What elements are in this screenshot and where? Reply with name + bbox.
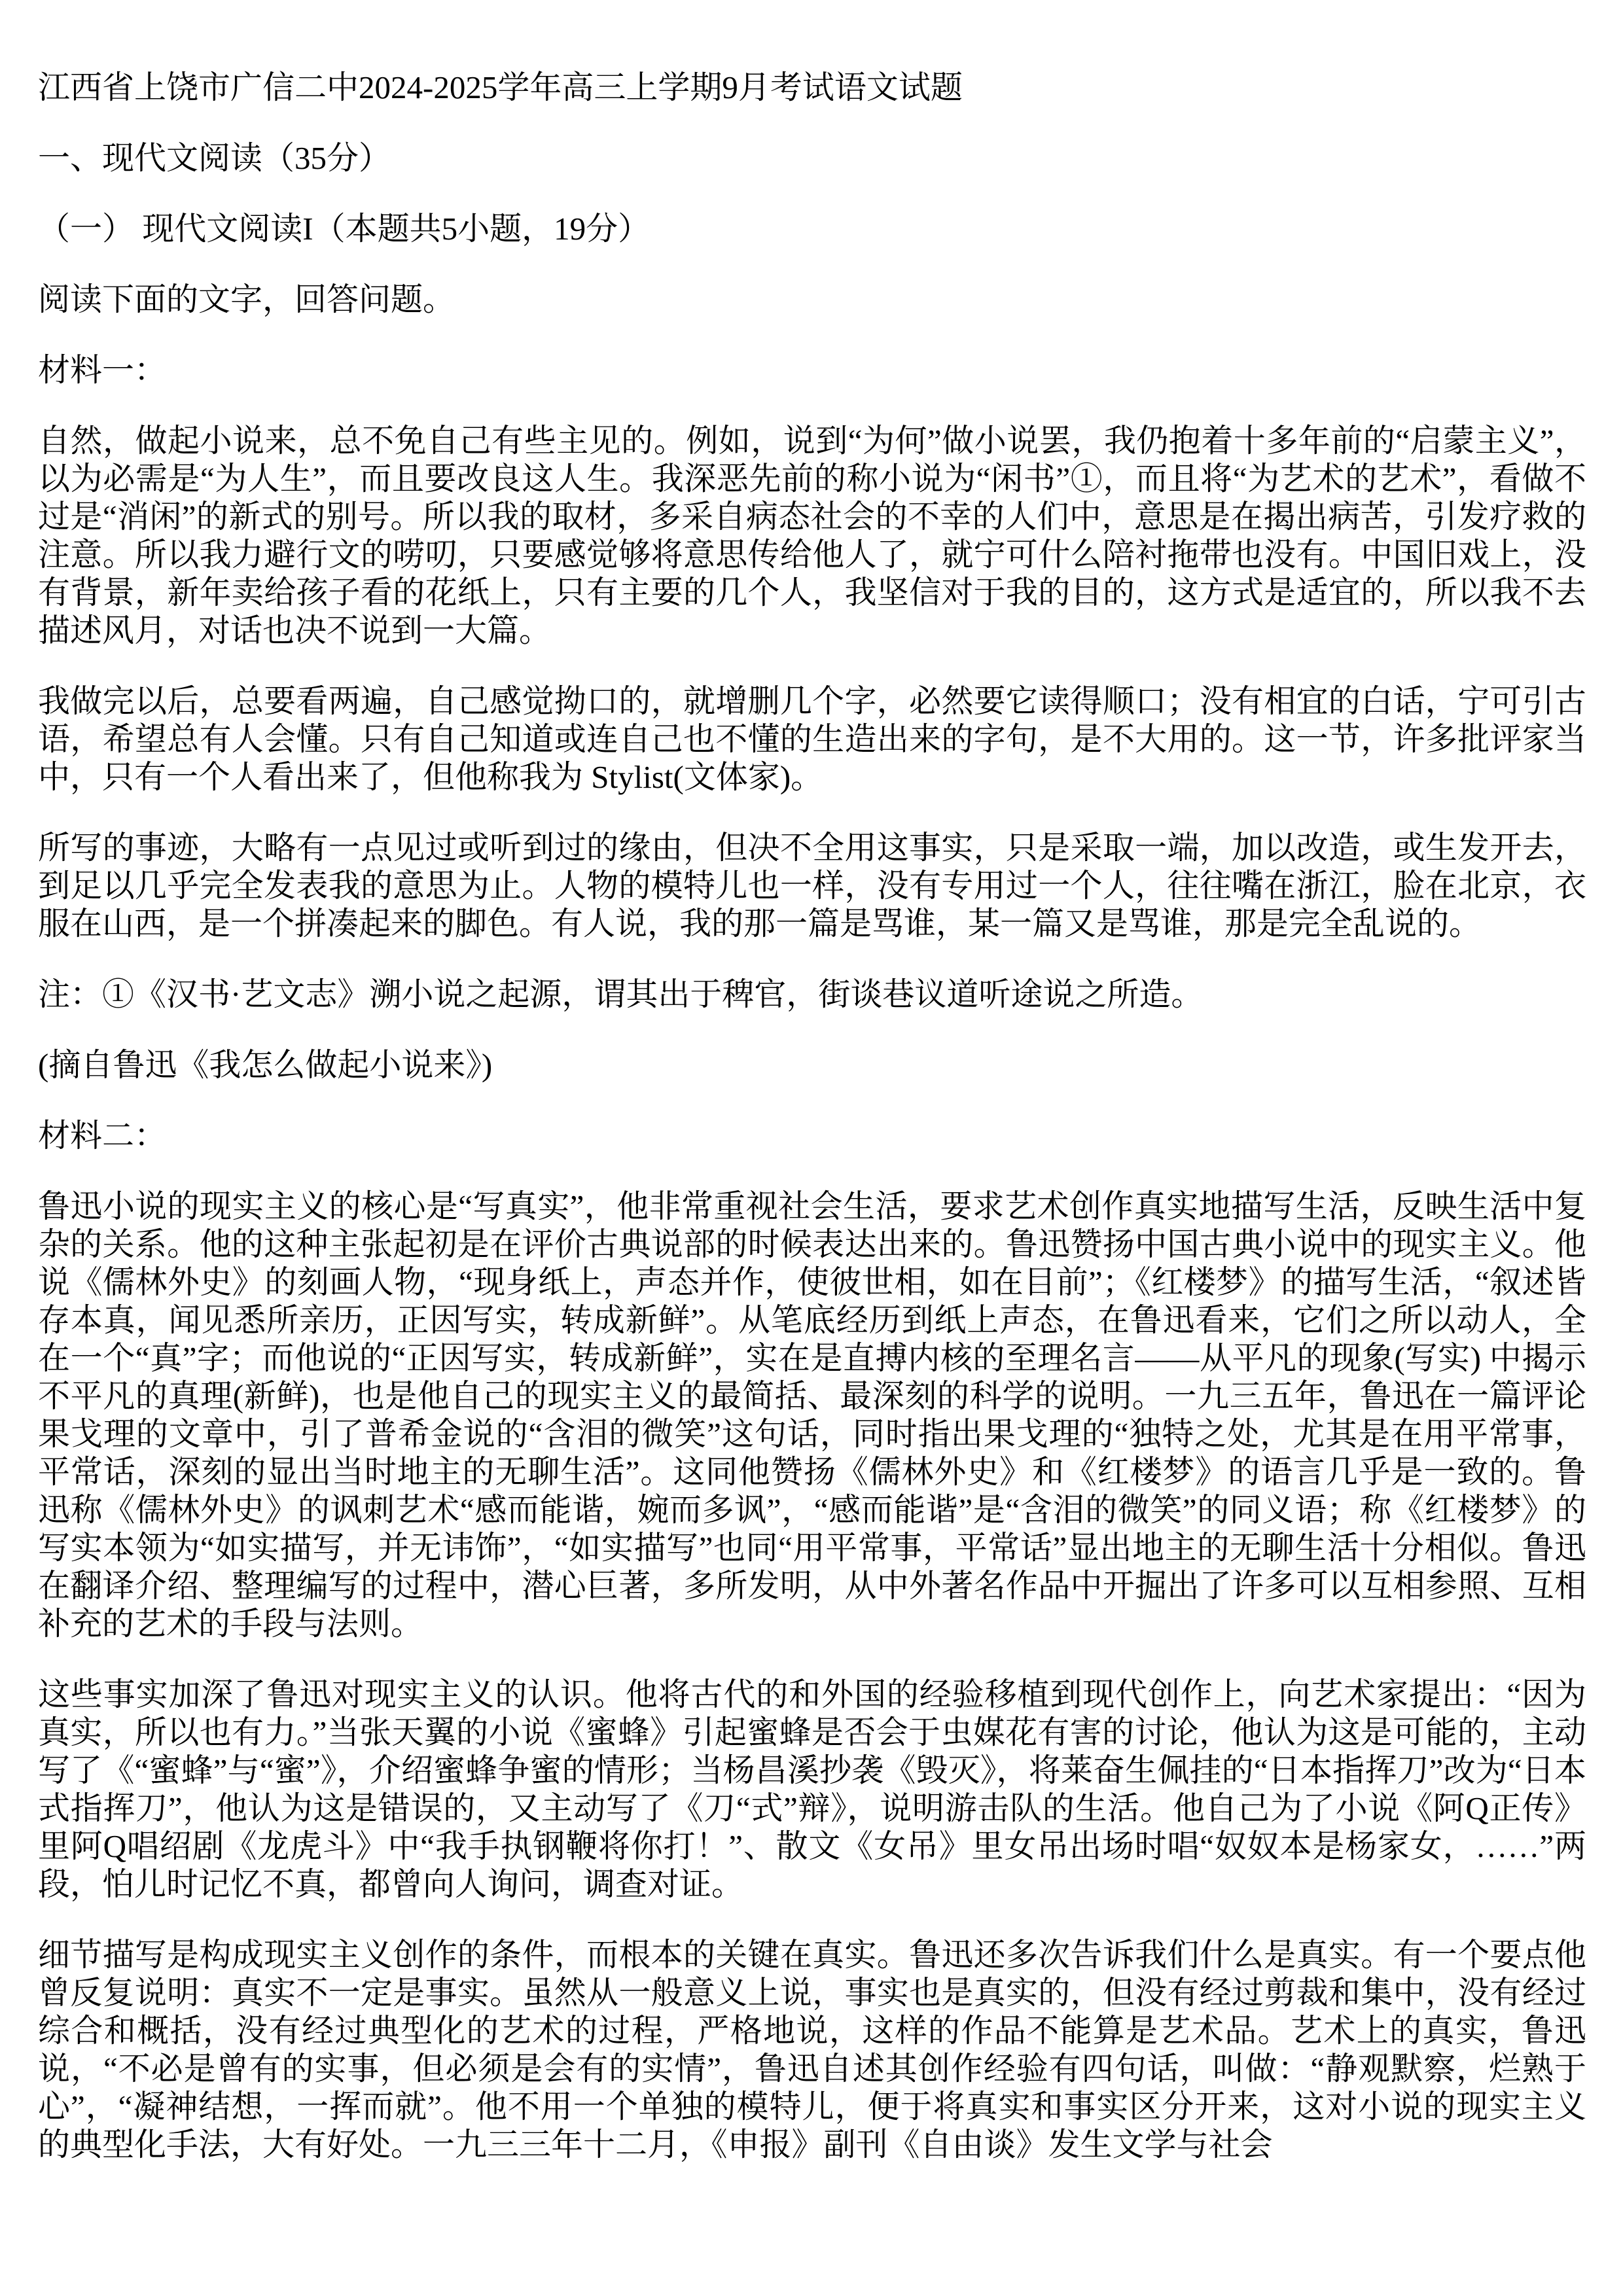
material-one-paragraph-2: 我做完以后，总要看两遍，自己感觉拗口的，就增删几个字，必然要它读得顺口；没有相宜…: [38, 682, 1586, 796]
material-two-paragraph-1: 鲁迅小说的现实主义的核心是“写真实”，他非常重视社会生活，要求艺术创作真实地描写…: [38, 1188, 1586, 1643]
material-two-label: 材料二：: [38, 1117, 1586, 1155]
exam-title: 江西省上饶市广信二中2024-2025学年高三上学期9月考试语文试题: [38, 69, 1586, 107]
material-one-source-attribution: (摘自鲁迅《我怎么做起小说来》): [38, 1046, 1586, 1084]
subsection-heading-reading-i: （一） 现代文阅读I（本题共5小题，19分）: [38, 210, 1586, 248]
material-two-paragraph-2: 这些事实加深了鲁迅对现实主义的认识。他将古代的和外国的经验移植到现代创作上，向艺…: [38, 1676, 1586, 1903]
material-one-paragraph-1: 自然，做起小说来，总不免自己有些主见的。例如，说到“为何”做小说罢，我仍抱着十多…: [38, 422, 1586, 650]
material-one-note: 注：①《汉书·艺文志》溯小说之起源，谓其出于稗官，街谈巷议道听途说之所造。: [38, 976, 1586, 1014]
material-one-label: 材料一：: [38, 351, 1586, 389]
section-heading-modern-text-reading: 一、现代文阅读（35分）: [38, 139, 1586, 177]
material-one-paragraph-3: 所写的事迹，大略有一点见过或听到过的缘由，但决不全用这事实，只是采取一端，加以改…: [38, 829, 1586, 943]
exam-paper-page: 江西省上饶市广信二中2024-2025学年高三上学期9月考试语文试题 一、现代文…: [0, 0, 1623, 2296]
reading-instruction: 阅读下面的文字，回答问题。: [38, 281, 1586, 319]
material-two-paragraph-3: 细节描写是构成现实主义创作的条件，而根本的关键在真实。鲁迅还多次告诉我们什么是真…: [38, 1936, 1586, 2164]
